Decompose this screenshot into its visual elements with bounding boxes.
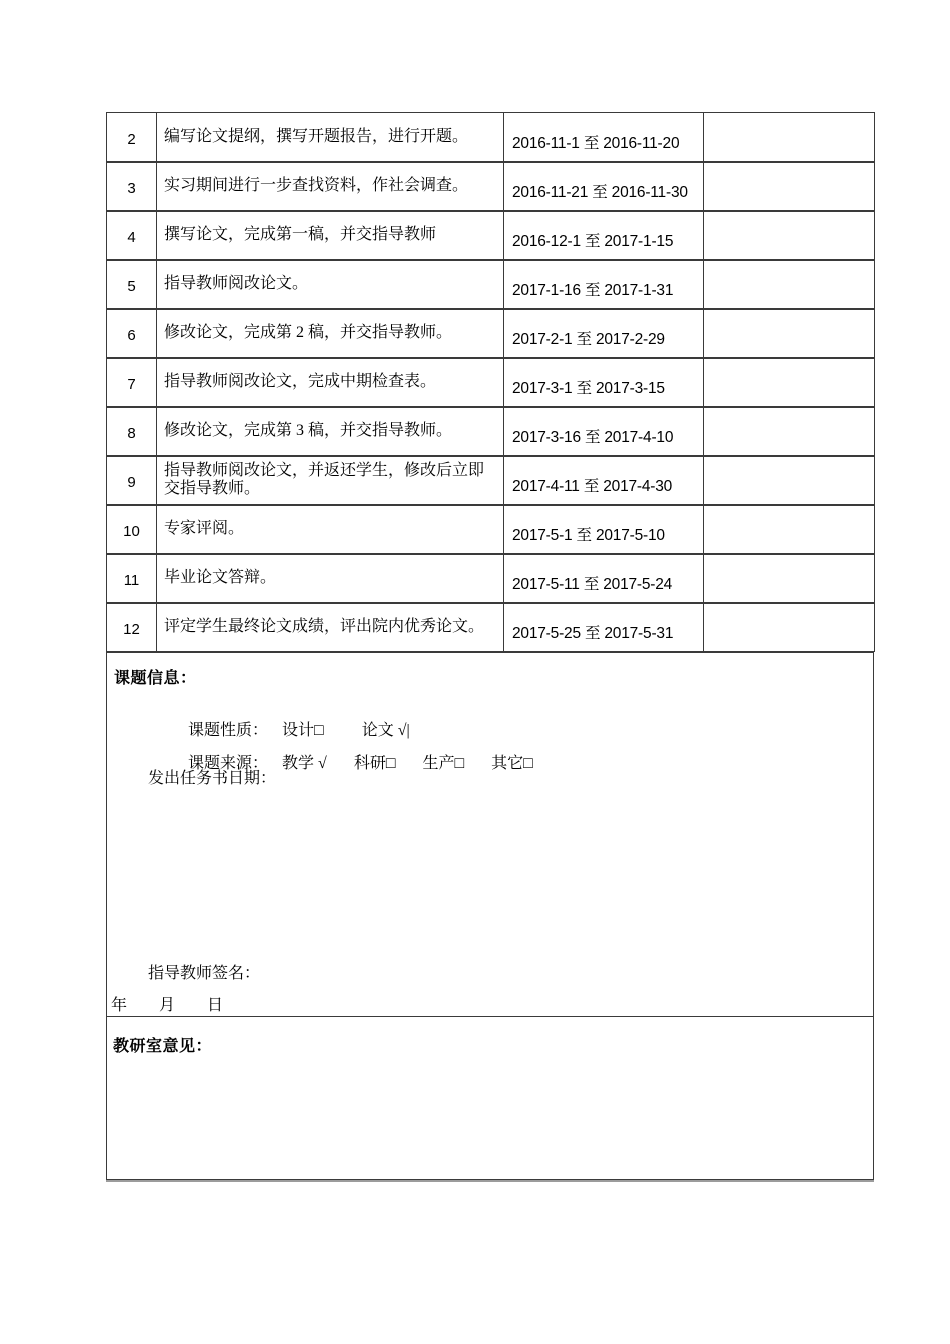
other-checkbox-option: 其它□ xyxy=(491,755,533,772)
office-opinion-section: 教研室意见： xyxy=(107,1016,873,1179)
date-range-cell: 2017-4-11 至 2017-4-30 xyxy=(504,456,704,505)
date-range-cell: 2017-5-11 至 2017-5-24 xyxy=(504,554,704,603)
note-cell xyxy=(704,505,875,554)
task-cell: 修改论文，完成第 2 稿，并交指导教师。 xyxy=(157,309,504,358)
table-row: 5 指导教师阅改论文。 2017-1-16 至 2017-1-31 xyxy=(107,260,875,309)
task-cell: 指导教师阅改论文。 xyxy=(157,260,504,309)
document-page: 2 编写论文提纲，撰写开题报告，进行开题。 2016-11-1 至 2016-1… xyxy=(0,0,950,1344)
teaching-checkbox-option: 教学 √ xyxy=(282,755,327,772)
table-row: 2 编写论文提纲，撰写开题报告，进行开题。 2016-11-1 至 2016-1… xyxy=(107,113,875,162)
task-cell: 撰写论文，完成第一稿，并交指导教师 xyxy=(157,211,504,260)
row-number-cell: 4 xyxy=(107,211,157,260)
note-cell xyxy=(704,603,875,652)
date-range-cell: 2016-11-1 至 2016-11-20 xyxy=(504,113,704,162)
table-row: 10 专家评阅。 2017-5-1 至 2017-5-10 xyxy=(107,505,875,554)
row-number-cell: 12 xyxy=(107,603,157,652)
production-checkbox-option: 生产□ xyxy=(422,755,464,772)
note-cell xyxy=(704,211,875,260)
row-number-cell: 3 xyxy=(107,162,157,211)
table-row: 11 毕业论文答辩。 2017-5-11 至 2017-5-24 xyxy=(107,554,875,603)
table-row: 6 修改论文，完成第 2 稿，并交指导教师。 2017-2-1 至 2017-2… xyxy=(107,309,875,358)
schedule-table: 2 编写论文提纲，撰写开题报告，进行开题。 2016-11-1 至 2016-1… xyxy=(106,112,875,652)
task-cell: 指导教师阅改论文，完成中期检查表。 xyxy=(157,358,504,407)
research-checkbox-option: 科研□ xyxy=(354,755,396,772)
issue-date-label: 发出任务书日期： xyxy=(148,765,276,788)
table-row: 3 实习期间进行一步查找资料，作社会调查。 2016-11-21 至 2016-… xyxy=(107,162,875,211)
row-number-cell: 5 xyxy=(107,260,157,309)
table-row: 9 指导教师阅改论文，并返还学生，修改后立即交指导教师。 2017-4-11 至… xyxy=(107,456,875,505)
task-cell: 编写论文提纲，撰写开题报告，进行开题。 xyxy=(157,113,504,162)
date-range-cell: 2017-3-16 至 2017-4-10 xyxy=(504,407,704,456)
row-number-cell: 11 xyxy=(107,554,157,603)
office-opinion-heading: 教研室意见： xyxy=(113,1033,212,1056)
date-range-cell: 2017-3-1 至 2017-3-15 xyxy=(504,358,704,407)
task-cell: 指导教师阅改论文，并返还学生，修改后立即交指导教师。 xyxy=(157,456,504,505)
table-row: 4 撰写论文，完成第一稿，并交指导教师 2016-12-1 至 2017-1-1… xyxy=(107,211,875,260)
lower-bordered-box: 课题信息： 课题性质：设计□论文 √| 课题来源：教学 √科研□生产□其它□ 发… xyxy=(106,652,874,1180)
table-row: 12 评定学生最终论文成绩，评出院内优秀论文。 2017-5-25 至 2017… xyxy=(107,603,875,652)
note-cell xyxy=(704,407,875,456)
date-range-cell: 2016-11-21 至 2016-11-30 xyxy=(504,162,704,211)
date-range-cell: 2016-12-1 至 2017-1-15 xyxy=(504,211,704,260)
task-cell: 修改论文，完成第 3 稿，并交指导教师。 xyxy=(157,407,504,456)
document-content: 2 编写论文提纲，撰写开题报告，进行开题。 2016-11-1 至 2016-1… xyxy=(106,112,874,1180)
row-number-cell: 6 xyxy=(107,309,157,358)
date-range-cell: 2017-1-16 至 2017-1-31 xyxy=(504,260,704,309)
note-cell xyxy=(704,260,875,309)
note-cell xyxy=(704,554,875,603)
task-cell: 评定学生最终论文成绩，评出院内优秀论文。 xyxy=(157,603,504,652)
note-cell xyxy=(704,113,875,162)
note-cell xyxy=(704,358,875,407)
topic-info-heading: 课题信息： xyxy=(114,665,197,688)
table-row: 7 指导教师阅改论文，完成中期检查表。 2017-3-1 至 2017-3-15 xyxy=(107,358,875,407)
row-number-cell: 9 xyxy=(107,456,157,505)
advisor-signature-label: 指导教师签名： xyxy=(148,960,260,983)
table-row: 8 修改论文，完成第 3 稿，并交指导教师。 2017-3-16 至 2017-… xyxy=(107,407,875,456)
task-cell: 毕业论文答辩。 xyxy=(157,554,504,603)
topic-info-section: 课题信息： 课题性质：设计□论文 √| 课题来源：教学 √科研□生产□其它□ 发… xyxy=(107,653,873,1016)
row-number-cell: 10 xyxy=(107,505,157,554)
row-number-cell: 8 xyxy=(107,407,157,456)
task-cell: 专家评阅。 xyxy=(157,505,504,554)
note-cell xyxy=(704,309,875,358)
date-range-cell: 2017-5-1 至 2017-5-10 xyxy=(504,505,704,554)
date-range-cell: 2017-2-1 至 2017-2-29 xyxy=(504,309,704,358)
note-cell xyxy=(704,162,875,211)
date-range-cell: 2017-5-25 至 2017-5-31 xyxy=(504,603,704,652)
year-month-day-line: 年 月 日 xyxy=(111,992,223,1015)
note-cell xyxy=(704,456,875,505)
row-number-cell: 7 xyxy=(107,358,157,407)
task-cell: 实习期间进行一步查找资料，作社会调查。 xyxy=(157,162,504,211)
row-number-cell: 2 xyxy=(107,113,157,162)
